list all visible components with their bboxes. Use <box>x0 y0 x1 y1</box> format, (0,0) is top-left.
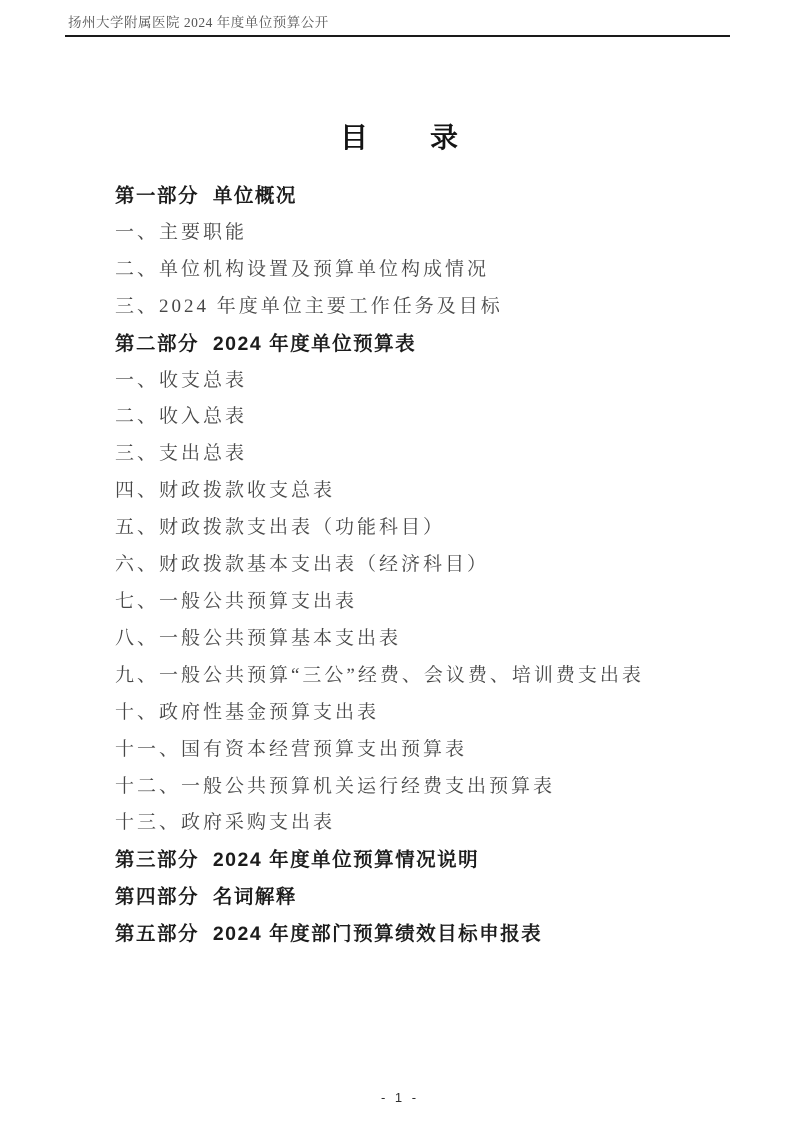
toc-part-heading: 第一部分 单位概况 <box>115 178 735 215</box>
toc-entry: 四、财政拨款收支总表 <box>115 473 735 510</box>
toc-entry: 十二、一般公共预算机关运行经费支出预算表 <box>115 769 735 806</box>
toc-list: 第一部分 单位概况一、主要职能二、单位机构设置及预算单位构成情况三、2024 年… <box>115 178 735 953</box>
page-number: - 1 - <box>0 1090 800 1105</box>
toc-entry: 六、财政拨款基本支出表（经济科目） <box>115 547 735 584</box>
toc-part-heading: 第二部分 2024 年度单位预算表 <box>115 326 735 363</box>
toc-entry: 十一、国有资本经营预算支出预算表 <box>115 732 735 769</box>
toc-entry: 十、政府性基金预算支出表 <box>115 695 735 732</box>
toc-entry: 九、一般公共预算“三公”经费、会议费、培训费支出表 <box>115 658 735 695</box>
toc-part-heading: 第四部分 名词解释 <box>115 879 735 916</box>
toc-entry: 三、支出总表 <box>115 436 735 473</box>
toc-entry: 一、主要职能 <box>115 215 735 252</box>
document-page: { "document": { "header_text": "扬州大学附属医院… <box>0 0 800 1131</box>
page-title: 目 录 <box>0 116 800 156</box>
toc-entry: 三、2024 年度单位主要工作任务及目标 <box>115 289 735 326</box>
toc-part-heading: 第五部分 2024 年度部门预算绩效目标申报表 <box>115 916 735 953</box>
page-header-title: 扬州大学附属医院 2024 年度单位预算公开 <box>65 11 730 31</box>
toc-entry: 五、财政拨款支出表（功能科目） <box>115 510 735 547</box>
toc-entry: 一、收支总表 <box>115 363 735 400</box>
toc-entry: 二、单位机构设置及预算单位构成情况 <box>115 252 735 289</box>
toc-entry: 七、一般公共预算支出表 <box>115 584 735 621</box>
toc-entry: 十三、政府采购支出表 <box>115 805 735 842</box>
toc-part-heading: 第三部分 2024 年度单位预算情况说明 <box>115 842 735 879</box>
toc-entry: 八、一般公共预算基本支出表 <box>115 621 735 658</box>
toc-entry: 二、收入总表 <box>115 399 735 436</box>
page-header: 扬州大学附属医院 2024 年度单位预算公开 <box>65 0 730 37</box>
